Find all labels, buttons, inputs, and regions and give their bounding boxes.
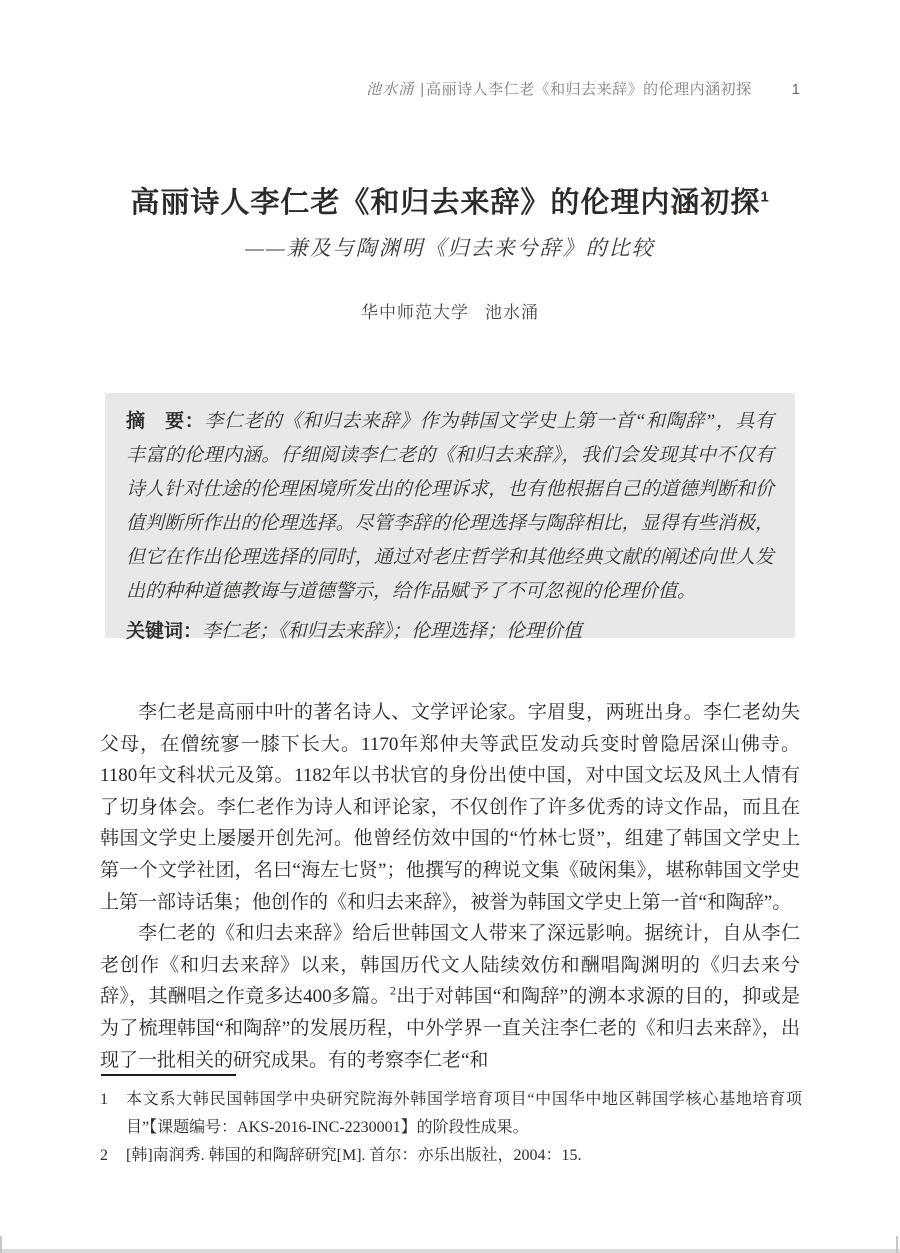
abstract-label: 摘 要： [126, 411, 204, 432]
article-subtitle: ——兼及与陶渊明《归去来兮辞》的比较 [100, 232, 800, 262]
keywords-paragraph: 关键词：李仁老；《和归去来辞》；伦理选择；伦理价值 [126, 615, 774, 649]
footnote-item-1: 1 本文系大韩民国韩国学中央研究院海外韩国学培育项目“中国华中地区韩国学核心基地… [100, 1086, 802, 1142]
footnote-number-2: 2 [100, 1142, 126, 1170]
footnote-separator-rule [101, 1074, 236, 1076]
page-bottom-edge [0, 1249, 900, 1253]
author-name: 池水涌 [485, 303, 539, 322]
abstract-box: 摘 要：李仁老的《和归去来辞》作为韩国文学史上第一首“和陶辞”，具有丰富的伦理内… [105, 393, 795, 638]
footnote-number-1: 1 [100, 1086, 126, 1114]
footnote-text-2: [韩]南润秀. 韩国的和陶辞研究[M]. 首尔：亦乐出版社，2004：15. [126, 1142, 802, 1170]
header-divider: | [420, 81, 424, 98]
footnotes: 1 本文系大韩民国韩国学中央研究院海外韩国学培育项目“中国华中地区韩国学核心基地… [100, 1086, 802, 1170]
keywords-label: 关键词： [126, 621, 202, 642]
keywords-text: 李仁老；《和归去来辞》；伦理选择；伦理价值 [202, 621, 582, 642]
footnote-item-2: 2 [韩]南润秀. 韩国的和陶辞研究[M]. 首尔：亦乐出版社，2004：15. [100, 1142, 802, 1170]
body-paragraph-1: 李仁老是高丽中叶的著名诗人、文学评论家。字眉叟，两班出身。李仁老幼失父母，在僧统… [100, 697, 800, 918]
page-bottom-left-corner-mark [0, 1236, 2, 1253]
footnote-text-1: 本文系大韩民国韩国学中央研究院海外韩国学培育项目“中国华中地区韩国学核心基地培育… [126, 1086, 802, 1142]
body-paragraph-2: 李仁老的《和归去来辞》给后世韩国文人带来了深远影响。据统计，自从李仁老创作《和归… [100, 918, 800, 1076]
header-article-title: 高丽诗人李仁老《和归去来辞》的伦理内涵初探 [426, 78, 752, 99]
page-bottom-right-corner-mark [896, 1236, 898, 1253]
author-affiliation: 华中师范大学 [361, 303, 469, 322]
article-title: 高丽诗人李仁老《和归去来辞》的伦理内涵初探1 [100, 180, 800, 221]
abstract-paragraph: 摘 要：李仁老的《和归去来辞》作为韩国文学史上第一首“和陶辞”，具有丰富的伦理内… [126, 405, 774, 609]
page-number: 1 [792, 81, 800, 98]
article-body: 李仁老是高丽中叶的著名诗人、文学评论家。字眉叟，两班出身。李仁老幼失父母，在僧统… [100, 697, 800, 1076]
byline: 华中师范大学池水涌 [100, 298, 800, 323]
document-page: 池水涌 | 高丽诗人李仁老《和归去来辞》的伦理内涵初探 1 高丽诗人李仁老《和归… [0, 0, 900, 1253]
running-header: 池水涌 | 高丽诗人李仁老《和归去来辞》的伦理内涵初探 1 [100, 78, 800, 99]
header-author: 池水涌 [366, 78, 414, 99]
title-footnote-ref: 1 [760, 188, 769, 205]
article-title-text: 高丽诗人李仁老《和归去来辞》的伦理内涵初探 [130, 187, 760, 219]
abstract-text: 李仁老的《和归去来辞》作为韩国文学史上第一首“和陶辞”，具有丰富的伦理内涵。仔细… [126, 411, 774, 602]
